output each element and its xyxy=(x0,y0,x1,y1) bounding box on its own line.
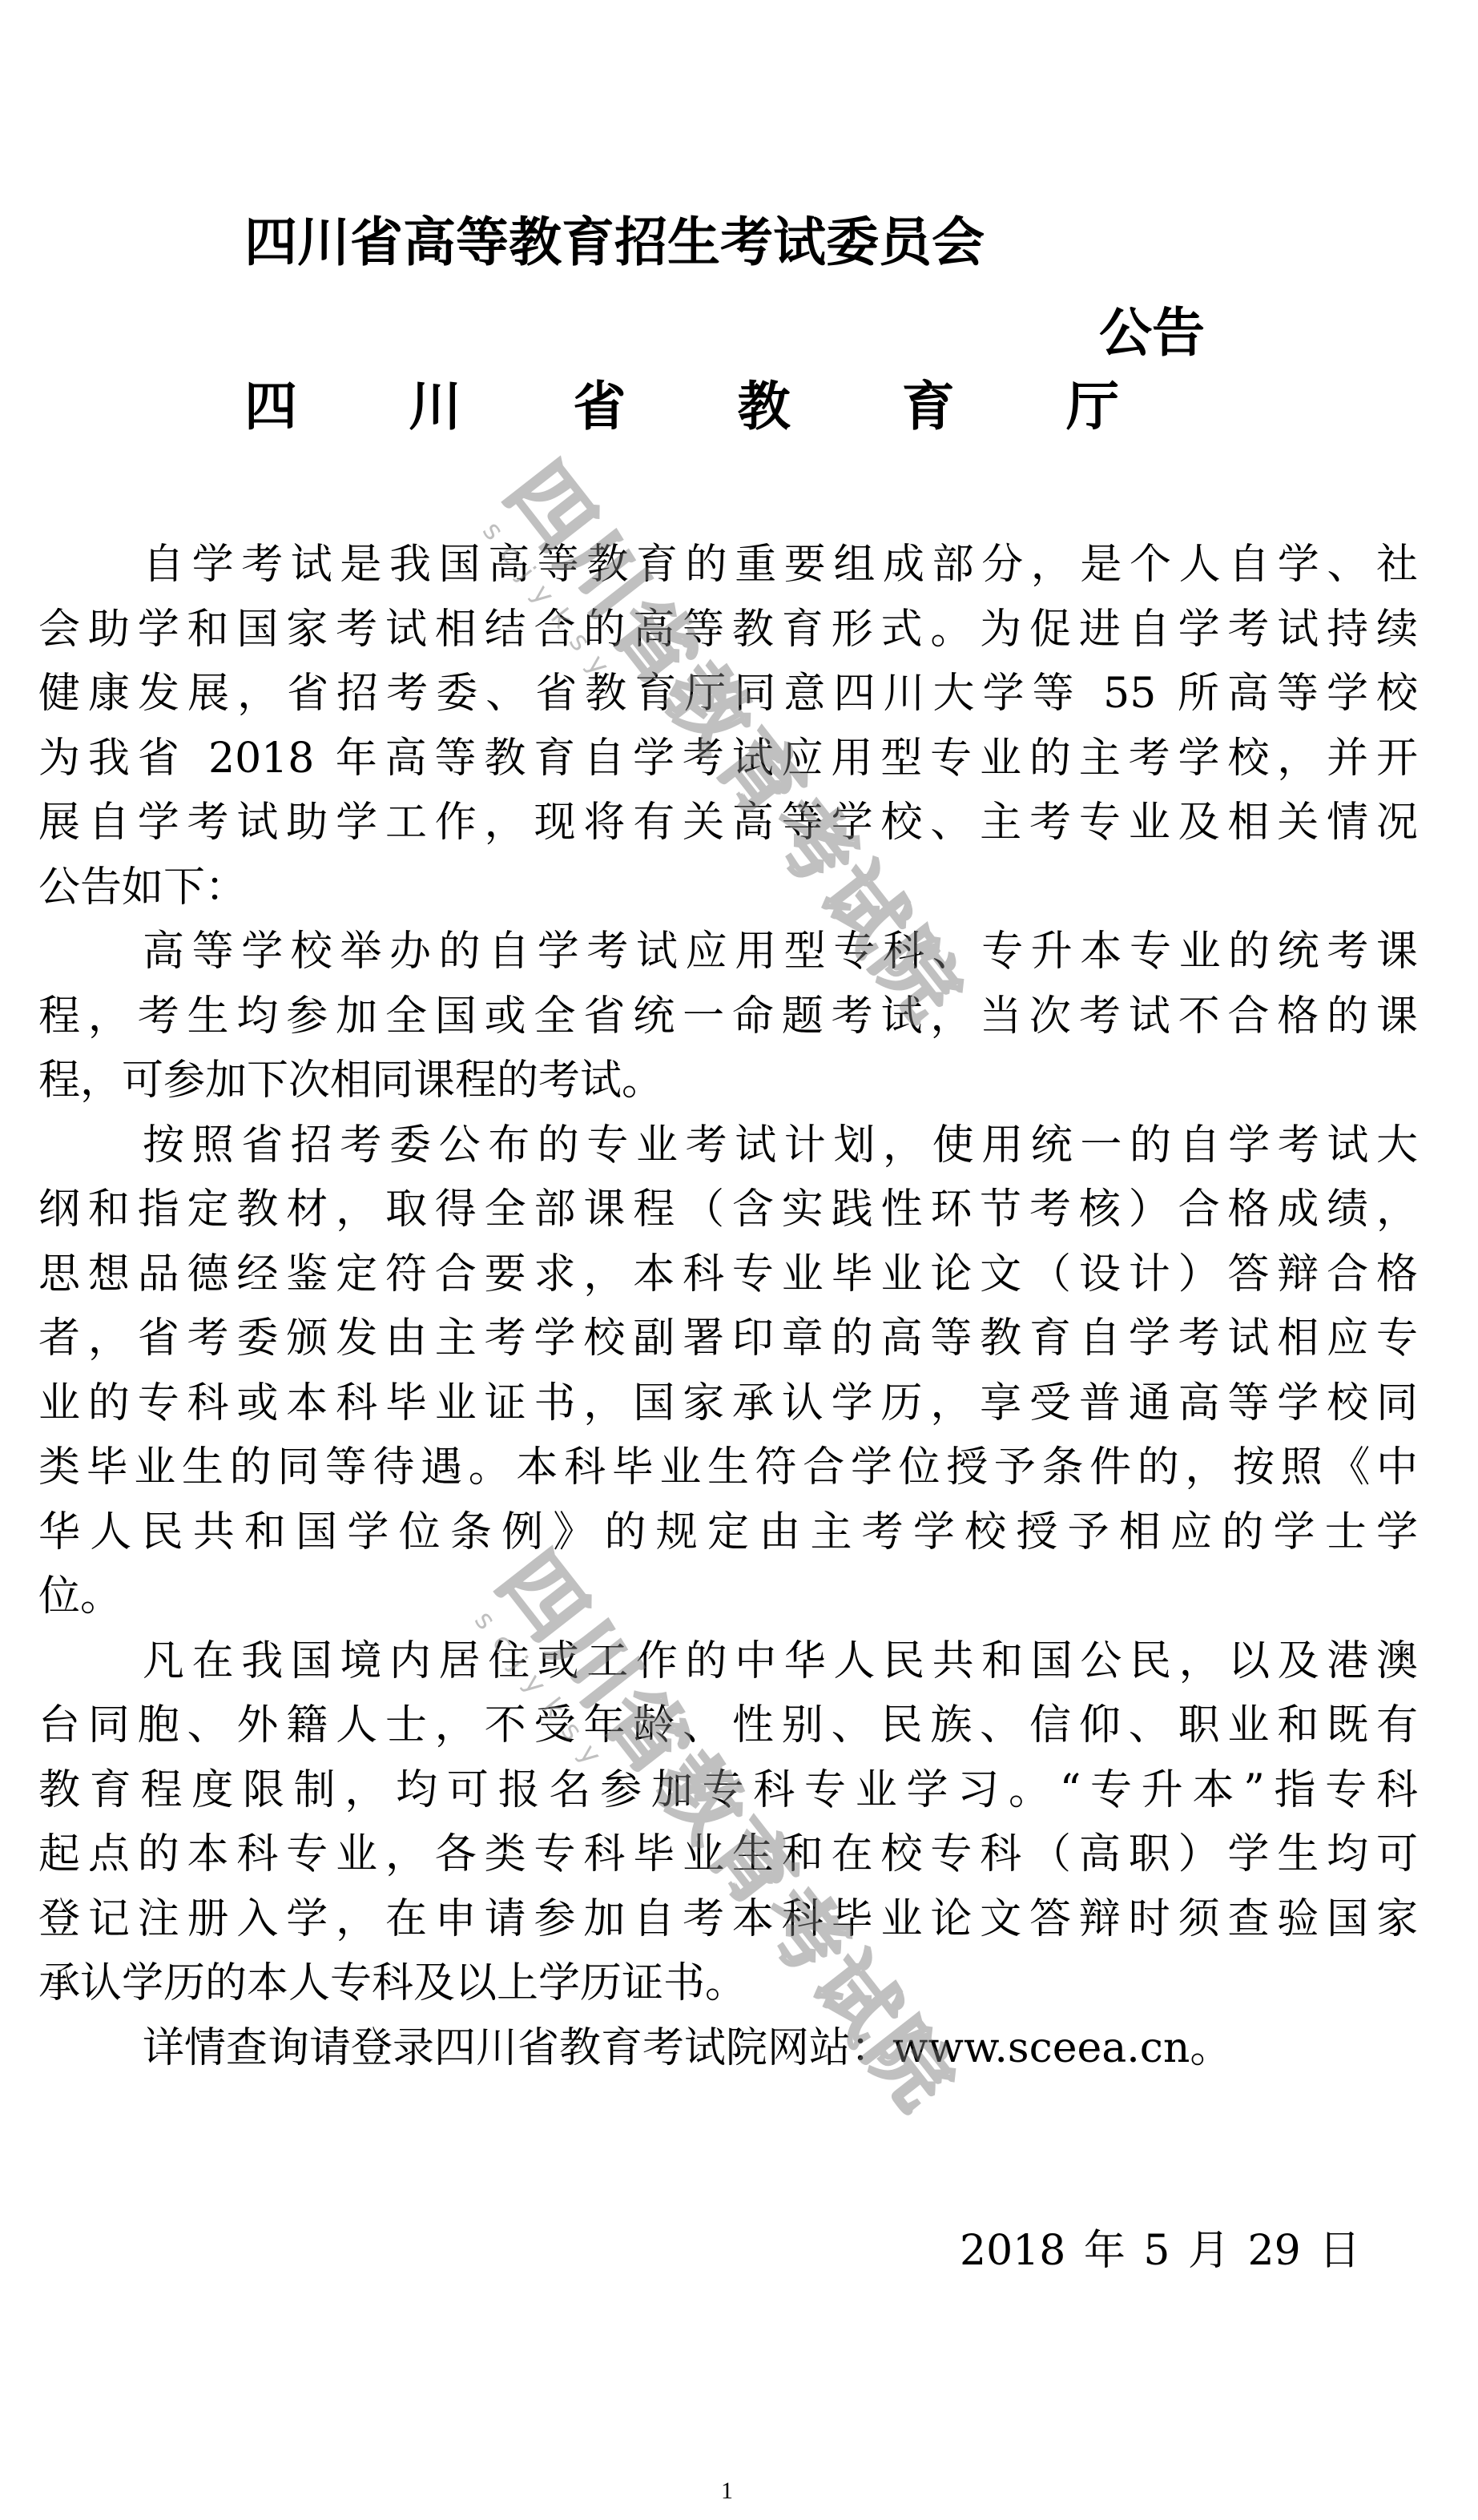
text-line: 业的专科或本科毕业证书，国家承认学历，享受普通高等学校同 xyxy=(38,1371,1418,1436)
text-line: 华人民共和国学位条例》的规定由主考学校授予相应的学士学 xyxy=(38,1500,1418,1565)
issuer-title-line-2: 四 川 省 教 育 厅 xyxy=(244,374,1119,438)
issuer-char: 厅 xyxy=(1066,374,1119,438)
text-line: 纲和指定教材，取得全部课程（含实践性环节考核）合格成绩， xyxy=(38,1177,1418,1242)
text-line-with-website-link[interactable]: 详情查询请登录四川省教育考试院网站：www.sceea.cn。 xyxy=(38,2016,1418,2081)
text-line: 健康发展，省招考委、省教育厅同意四川大学等 55 所高等学校 xyxy=(38,662,1418,727)
text-line: 承认学历的本人专科及以上学历证书。 xyxy=(38,1951,1418,2016)
text-line: 高等学校举办的自学考试应用型专科、专升本专业的统考课 xyxy=(38,920,1418,984)
paragraph-eligibility: 凡在我国境内居住或工作的中华人民共和国公民，以及港澳 台同胞、外籍人士，不受年龄… xyxy=(38,1629,1418,2016)
text-line: 按照省招考委公布的专业考试计划，使用统一的自学考试大 xyxy=(38,1113,1418,1178)
paragraph-website: 详情查询请登录四川省教育考试院网站：www.sceea.cn。 xyxy=(38,2016,1418,2081)
issuer-char: 育 xyxy=(902,374,955,438)
text-line: 者，省考委颁发由主考学校副署印章的高等教育自学考试相应专 xyxy=(38,1306,1418,1371)
issuer-char: 教 xyxy=(738,374,791,438)
notice-label: 公告 xyxy=(1099,300,1205,364)
text-line: 起点的本科专业，各类专科毕业生和在校专科（高职）学生均可 xyxy=(38,1822,1418,1887)
text-line: 程，考生均参加全国或全省统一命题考试，当次考试不合格的课 xyxy=(38,984,1418,1049)
text-line: 位。 xyxy=(38,1564,1418,1629)
document-page: 四川省高等教育招生考试委员会 公告 四 川 省 教 育 厅 自学考试是我国高等教… xyxy=(0,0,1478,2520)
text-line: 凡在我国境内居住或工作的中华人民共和国公民，以及港澳 xyxy=(38,1629,1418,1694)
text-line: 教育程度限制，均可报名参加专科专业学习。“专升本”指专科 xyxy=(38,1758,1418,1823)
text-line: 程，可参加下次相同课程的考试。 xyxy=(38,1049,1418,1113)
text-line: 公告如下： xyxy=(38,855,1418,920)
text-line: 展自学考试助学工作，现将有关高等学校、主考专业及相关情况 xyxy=(38,791,1418,855)
paragraph-intro: 自学考试是我国高等教育的重要组成部分，是个人自学、社 会助学和国家考试相结合的高… xyxy=(38,533,1418,920)
issuer-char: 省 xyxy=(573,374,626,438)
text-line: 登记注册入学，在申请参加自考本科毕业论文答辩时须查验国家 xyxy=(38,1887,1418,1952)
issuer-char: 四 xyxy=(244,374,297,438)
text-line: 台同胞、外籍人士，不受年龄、性别、民族、信仰、职业和既有 xyxy=(38,1693,1418,1758)
issuer-title-line-1: 四川省高等教育招生考试委员会 xyxy=(244,210,985,274)
page-number: 1 xyxy=(721,2475,733,2507)
text-line: 为我省 2018 年高等教育自学考试应用型专业的主考学校，并开 xyxy=(38,727,1418,791)
text-line: 类毕业生的同等待遇。本科毕业生符合学位授予条件的，按照《中 xyxy=(38,1435,1418,1500)
issuer-char: 川 xyxy=(409,374,461,438)
text-line: 会助学和国家考试相结合的高等教育形式。为促进自学考试持续 xyxy=(38,598,1418,662)
text-line: 自学考试是我国高等教育的重要组成部分，是个人自学、社 xyxy=(38,533,1418,598)
paragraph-exams: 高等学校举办的自学考试应用型专科、专升本专业的统考课 程，考生均参加全国或全省统… xyxy=(38,920,1418,1113)
text-line: 思想品德经鉴定符合要求，本科专业毕业论文（设计）答辩合格 xyxy=(38,1242,1418,1307)
paragraph-certificates: 按照省招考委公布的专业考试计划，使用统一的自学考试大 纲和指定教材，取得全部课程… xyxy=(38,1113,1418,1629)
issue-date: 2018 年 5 月 29 日 xyxy=(960,2219,1360,2283)
announcement-body: 自学考试是我国高等教育的重要组成部分，是个人自学、社 会助学和国家考试相结合的高… xyxy=(38,533,1418,2080)
